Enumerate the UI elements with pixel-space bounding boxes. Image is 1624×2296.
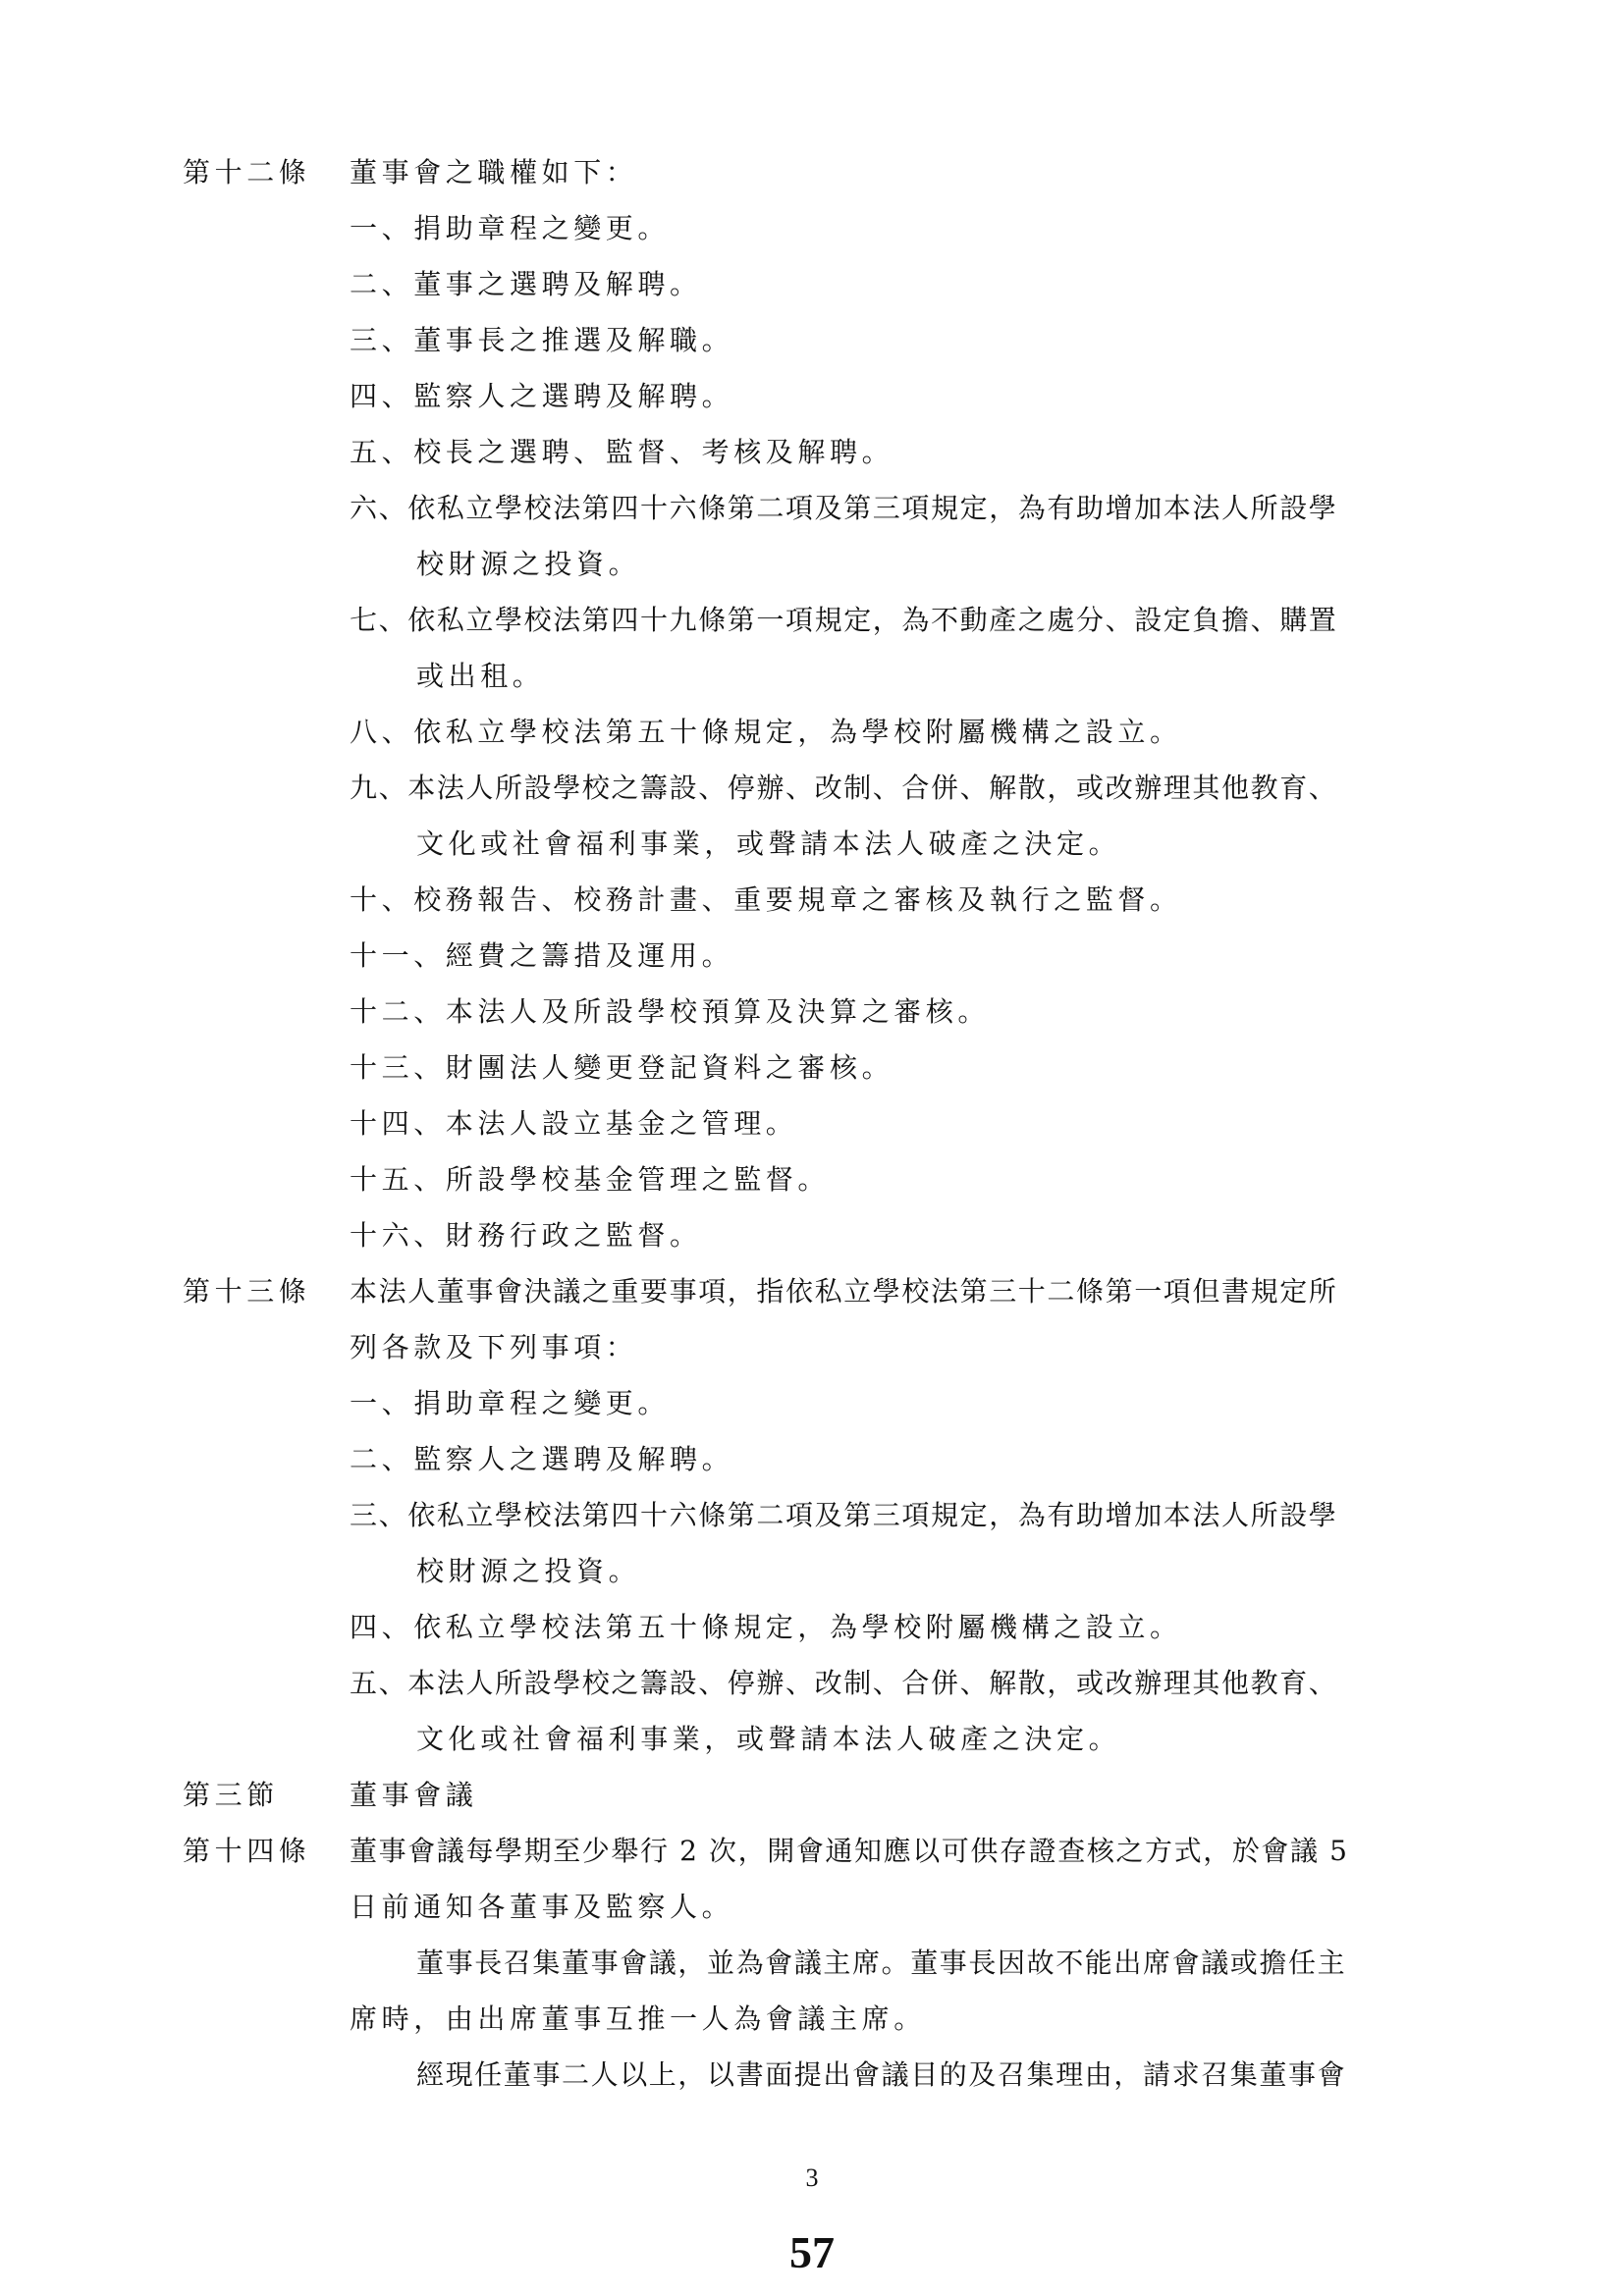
article-13-item-3: 三、依私立學校法第四十六條第二項及第三項規定，為有助增加本法人所設學 (350, 1496, 1337, 1535)
article-12-item-11: 十一、經費之籌措及運用。 (350, 936, 733, 976)
article-12-item-1: 一、捐助章程之變更。 (350, 209, 670, 248)
article-12-item-9-cont: 文化或社會福利事業，或聲請本法人破產之決定。 (416, 825, 1120, 864)
article-12-item-10: 十、校務報告、校務計畫、重要規章之審核及執行之監督。 (350, 881, 1182, 920)
article-13-item-5-cont: 文化或社會福利事業，或聲請本法人破產之決定。 (416, 1720, 1120, 1759)
page-number: 3 (0, 2163, 1624, 2193)
article-12-item-7-cont: 或出租。 (416, 657, 544, 696)
article-13-item-3-cont: 校財源之投資。 (416, 1552, 640, 1591)
article-14-p1-line-2: 日前通知各董事及監察人。 (350, 1888, 733, 1927)
article-13-item-2: 二、監察人之選聘及解聘。 (350, 1440, 733, 1479)
article-12-item-14: 十四、本法人設立基金之管理。 (350, 1104, 797, 1144)
article-13-intro-line-1: 本法人董事會決議之重要事項，指依私立學校法第三十二條第一項但書規定所 (350, 1272, 1337, 1311)
article-12-item-5: 五、校長之選聘、監督、考核及解聘。 (350, 433, 893, 472)
section-3-label: 第三節 (183, 1776, 279, 1815)
article-12-item-12: 十二、本法人及所設學校預算及決算之審核。 (350, 992, 990, 1032)
article-12-item-4: 四、監察人之選聘及解聘。 (350, 377, 733, 416)
article-12-intro: 董事會之職權如下： (350, 153, 637, 192)
article-14-label: 第十四條 (183, 1832, 310, 1871)
document-page: 第十二條 董事會之職權如下： 一、捐助章程之變更。 二、董事之選聘及解聘。 三、… (0, 0, 1624, 2296)
article-12-item-6-cont: 校財源之投資。 (416, 545, 640, 584)
article-14-p3-line-1: 經現任董事二人以上，以書面提出會議目的及召集理由，請求召集董事會 (416, 2056, 1346, 2095)
article-12-item-8: 八、依私立學校法第五十條規定，為學校附屬機構之設立。 (350, 713, 1182, 752)
article-12-item-3: 三、董事長之推選及解職。 (350, 321, 733, 360)
article-13-intro-line-2: 列各款及下列事項： (350, 1328, 637, 1367)
document-page-number: 57 (0, 2226, 1624, 2278)
article-12-item-7: 七、依私立學校法第四十九條第一項規定，為不動產之處分、設定負擔、購置 (350, 601, 1337, 640)
article-12-item-13: 十三、財團法人變更登記資料之審核。 (350, 1048, 893, 1088)
article-12-item-15: 十五、所設學校基金管理之監督。 (350, 1160, 830, 1200)
article-12-item-6: 六、依私立學校法第四十六條第二項及第三項規定，為有助增加本法人所設學 (350, 489, 1337, 528)
article-13-item-1: 一、捐助章程之變更。 (350, 1384, 670, 1423)
article-12-label: 第十二條 (183, 153, 310, 192)
article-12-item-2: 二、董事之選聘及解聘。 (350, 265, 702, 304)
article-12-item-16: 十六、財務行政之監督。 (350, 1216, 702, 1255)
section-3-title: 董事會議 (350, 1776, 477, 1815)
article-13-item-5: 五、本法人所設學校之籌設、停辦、改制、合併、解散，或改辦理其他教育、 (350, 1664, 1337, 1703)
article-13-label: 第十三條 (183, 1272, 310, 1311)
article-12-item-9: 九、本法人所設學校之籌設、停辦、改制、合併、解散，或改辦理其他教育、 (350, 769, 1337, 808)
article-13-item-4: 四、依私立學校法第五十條規定，為學校附屬機構之設立。 (350, 1608, 1182, 1647)
article-14-p2-line-1: 董事長召集董事會議，並為會議主席。董事長因故不能出席會議或擔任主 (416, 1944, 1346, 1983)
article-14-p1-line-1: 董事會議每學期至少舉行 2 次，開會通知應以可供存證查核之方式，於會議 5 (350, 1832, 1349, 1871)
article-14-p2-line-2: 席時，由出席董事互推一人為會議主席。 (350, 2000, 926, 2039)
